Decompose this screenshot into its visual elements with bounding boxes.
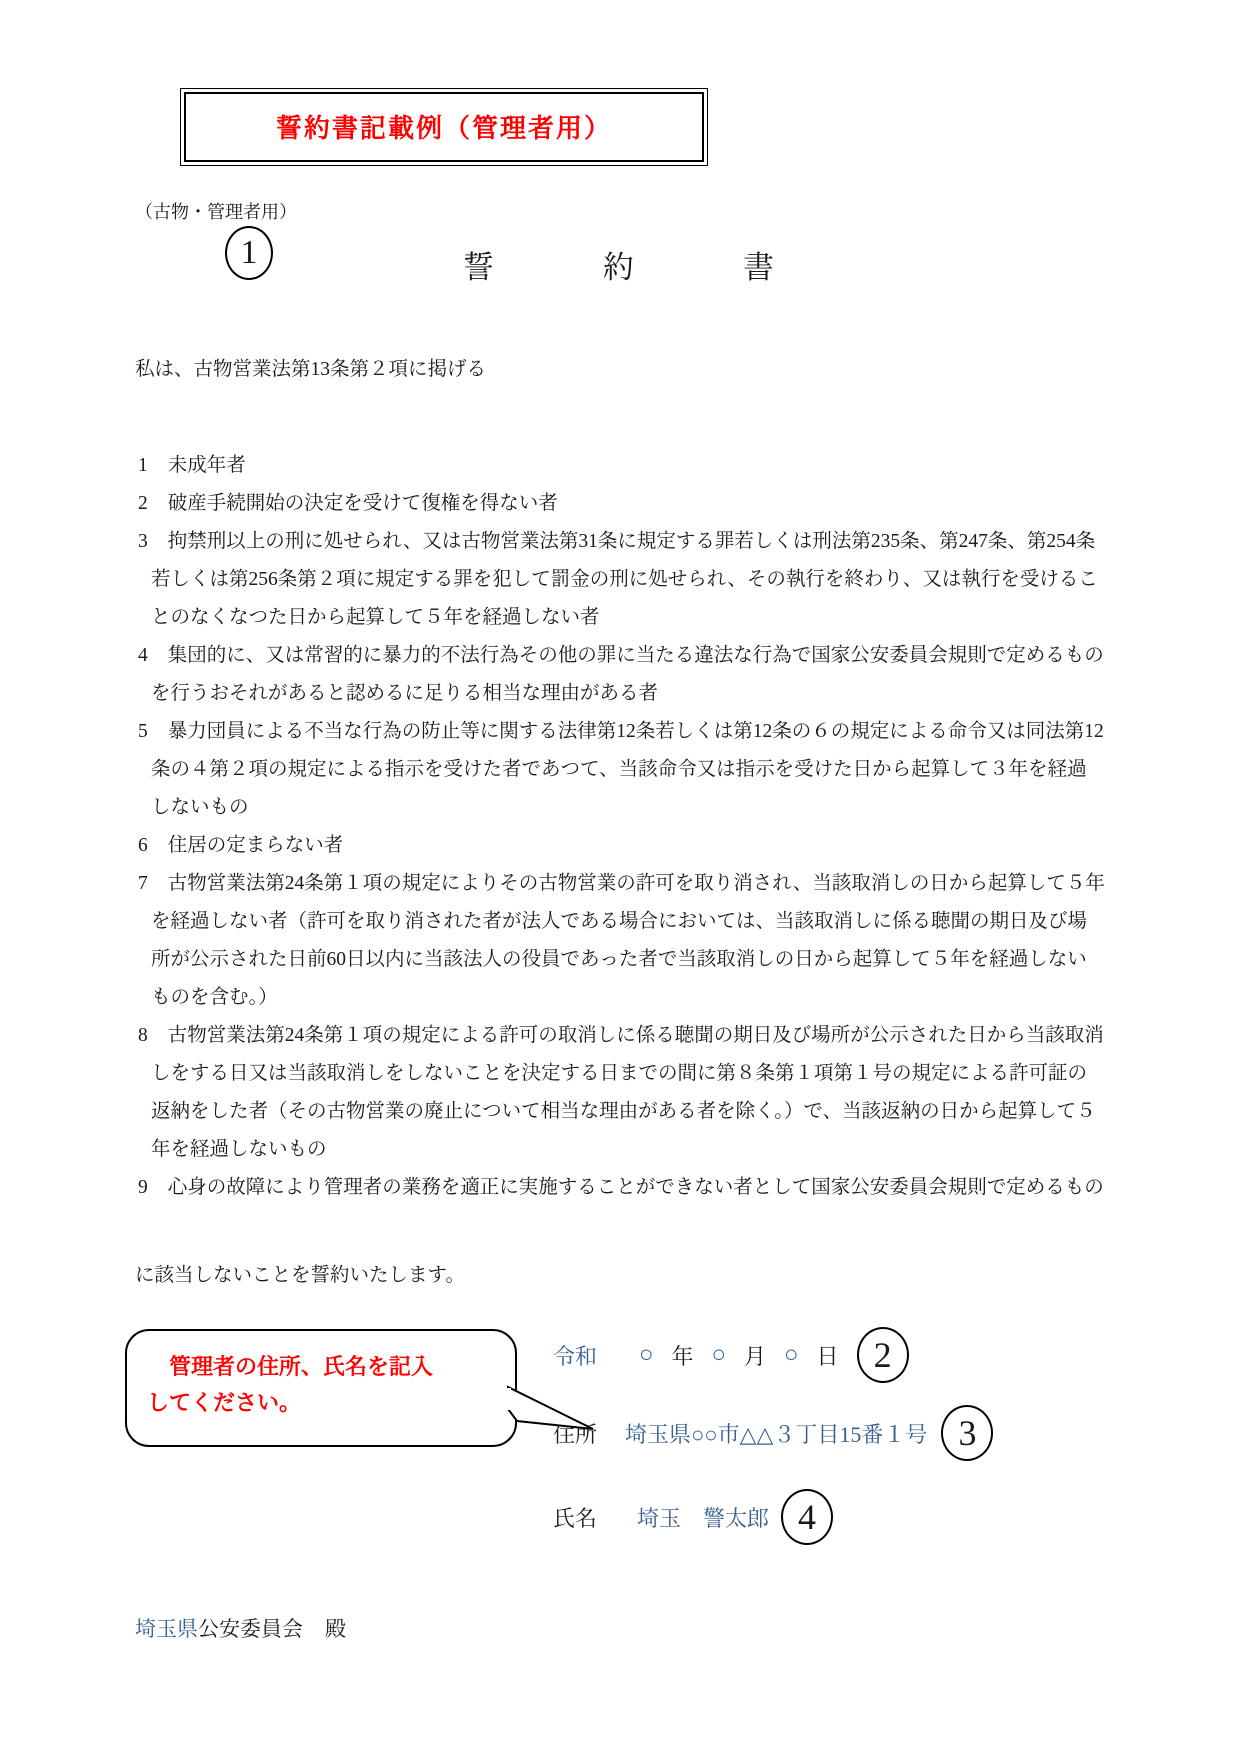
addressee-committee: 公安委員会 [198,1617,303,1641]
document-title: 誓 約 書 [135,242,1106,287]
name-row: 氏名 埼玉 警太郎 4 [553,1489,1106,1545]
year-unit-label: 年 [672,1340,694,1371]
addressee-line: 埼玉県公安委員会殿 [135,1613,1106,1643]
day-unit-label: 日 [817,1340,839,1371]
intro-paragraph: 私は、古物営業法第13条第２項に掲げる [135,353,1106,381]
list-item-number: 1 [138,455,148,476]
list-item-text: 集団的に、又は常習的に暴力的不法行為その他の罪に当たる違法な行為で国家公安委員会… [151,645,1104,704]
list-item-text: 拘禁刑以上の刑に処せられ、又は古物営業法第31条に規定する罪若しくは刑法第235… [151,531,1098,628]
list-item-4: 4集団的に、又は常習的に暴力的不法行為その他の罪に当たる違法な行為で国家公安委員… [135,637,1106,713]
document-header-box: 誓約書記載例（管理者用） [180,88,708,166]
list-item-number: 9 [138,1177,148,1198]
address-value: 埼玉県○○市△△３丁目15番１号 [625,1418,927,1449]
date-row: 令和 ○ 年 ○ 月 ○ 日 2 [553,1327,1106,1383]
list-item-number: 5 [138,721,148,742]
day-placeholder-circle: ○ [784,1342,799,1369]
addressee-honorific: 殿 [325,1617,346,1641]
list-item-5: 5暴力団員による不当な行為の防止等に関する法律第12条若しくは第12条の６の規定… [135,713,1106,827]
list-item-text: 破産手続開始の決定を受けて復権を得ない者 [168,493,558,514]
list-item-3: 3拘禁刑以上の刑に処せられ、又は古物営業法第31条に規定する罪若しくは刑法第23… [135,523,1106,637]
circled-number-4-icon: 4 [781,1489,833,1545]
list-item-2: 2破産手続開始の決定を受けて復権を得ない者 [135,485,1106,523]
circled-number-1-icon: 1 [225,226,273,280]
addressee-prefecture: 埼玉県 [135,1617,198,1641]
month-placeholder-circle: ○ [712,1342,727,1369]
list-item-text: 住居の定まらない者 [168,835,344,856]
document-header-title: 誓約書記載例（管理者用） [276,113,612,143]
pledge-document-page: 誓約書記載例（管理者用） （古物・管理者用） 1 誓 約 書 私は、古物営業法第… [0,0,1241,1755]
list-item-text: 心身の故障により管理者の業務を適正に実施することができない者として国家公安委員会… [168,1177,1104,1198]
list-item-number: 7 [138,873,148,894]
list-item-6: 6住居の定まらない者 [135,827,1106,865]
list-item-text: 未成年者 [168,455,246,476]
name-label: 氏名 [553,1502,597,1533]
speech-bubble-tail-icon [507,1383,597,1445]
list-item-8: 8古物営業法第24条第１項の規定による許可の取消しに係る聴聞の期日及び場所が公示… [135,1017,1106,1169]
address-row: 住所 埼玉県○○市△△３丁目15番１号 3 [553,1405,1106,1461]
list-item-text: 古物営業法第24条第１項の規定によりその古物営業の許可を取り消され、当該取消しの… [151,873,1105,1008]
year-placeholder-circle: ○ [639,1342,654,1369]
circled-number-3-icon: 3 [941,1405,993,1461]
list-item-text: 暴力団員による不当な行為の防止等に関する法律第12条若しくは第12条の６の規定に… [151,721,1104,818]
list-item-7: 7古物営業法第24条第１項の規定によりその古物営業の許可を取り消され、当該取消し… [135,865,1106,1017]
list-item-text: 古物営業法第24条第１項の規定による許可の取消しに係る聴聞の期日及び場所が公示さ… [151,1025,1104,1160]
disqualification-list: 1未成年者 2破産手続開始の決定を受けて復権を得ない者 3拘禁刑以上の刑に処せら… [135,447,1106,1207]
era-label: 令和 [553,1340,597,1371]
list-item-number: 2 [138,493,148,514]
name-value: 埼玉 警太郎 [637,1502,769,1533]
signature-rows: 令和 ○ 年 ○ 月 ○ 日 2 住所 埼玉県○○市△△３丁目15番１号 3 氏… [553,1327,1106,1545]
circled-number-2-icon: 2 [857,1327,909,1383]
list-item-number: 4 [138,645,148,666]
list-item-1: 1未成年者 [135,447,1106,485]
instruction-callout: 管理者の住所、氏名を記入 してください。 [125,1329,517,1447]
signoff-area: 管理者の住所、氏名を記入 してください。 令和 ○ 年 ○ 月 ○ 日 2 [135,1327,1106,1567]
month-unit-label: 月 [744,1340,766,1371]
list-item-number: 6 [138,835,148,856]
list-item-number: 3 [138,531,148,552]
list-item-9: 9心身の故障により管理者の業務を適正に実施することができない者として国家公安委員… [135,1169,1106,1207]
document-header-box-inner: 誓約書記載例（管理者用） [184,92,704,162]
instruction-callout-text: 管理者の住所、氏名を記入 してください。 [127,1331,515,1421]
list-item-number: 8 [138,1025,148,1046]
closing-paragraph: に該当しないことを誓約いたします。 [135,1259,1106,1287]
form-type-label: （古物・管理者用） [135,198,1106,224]
